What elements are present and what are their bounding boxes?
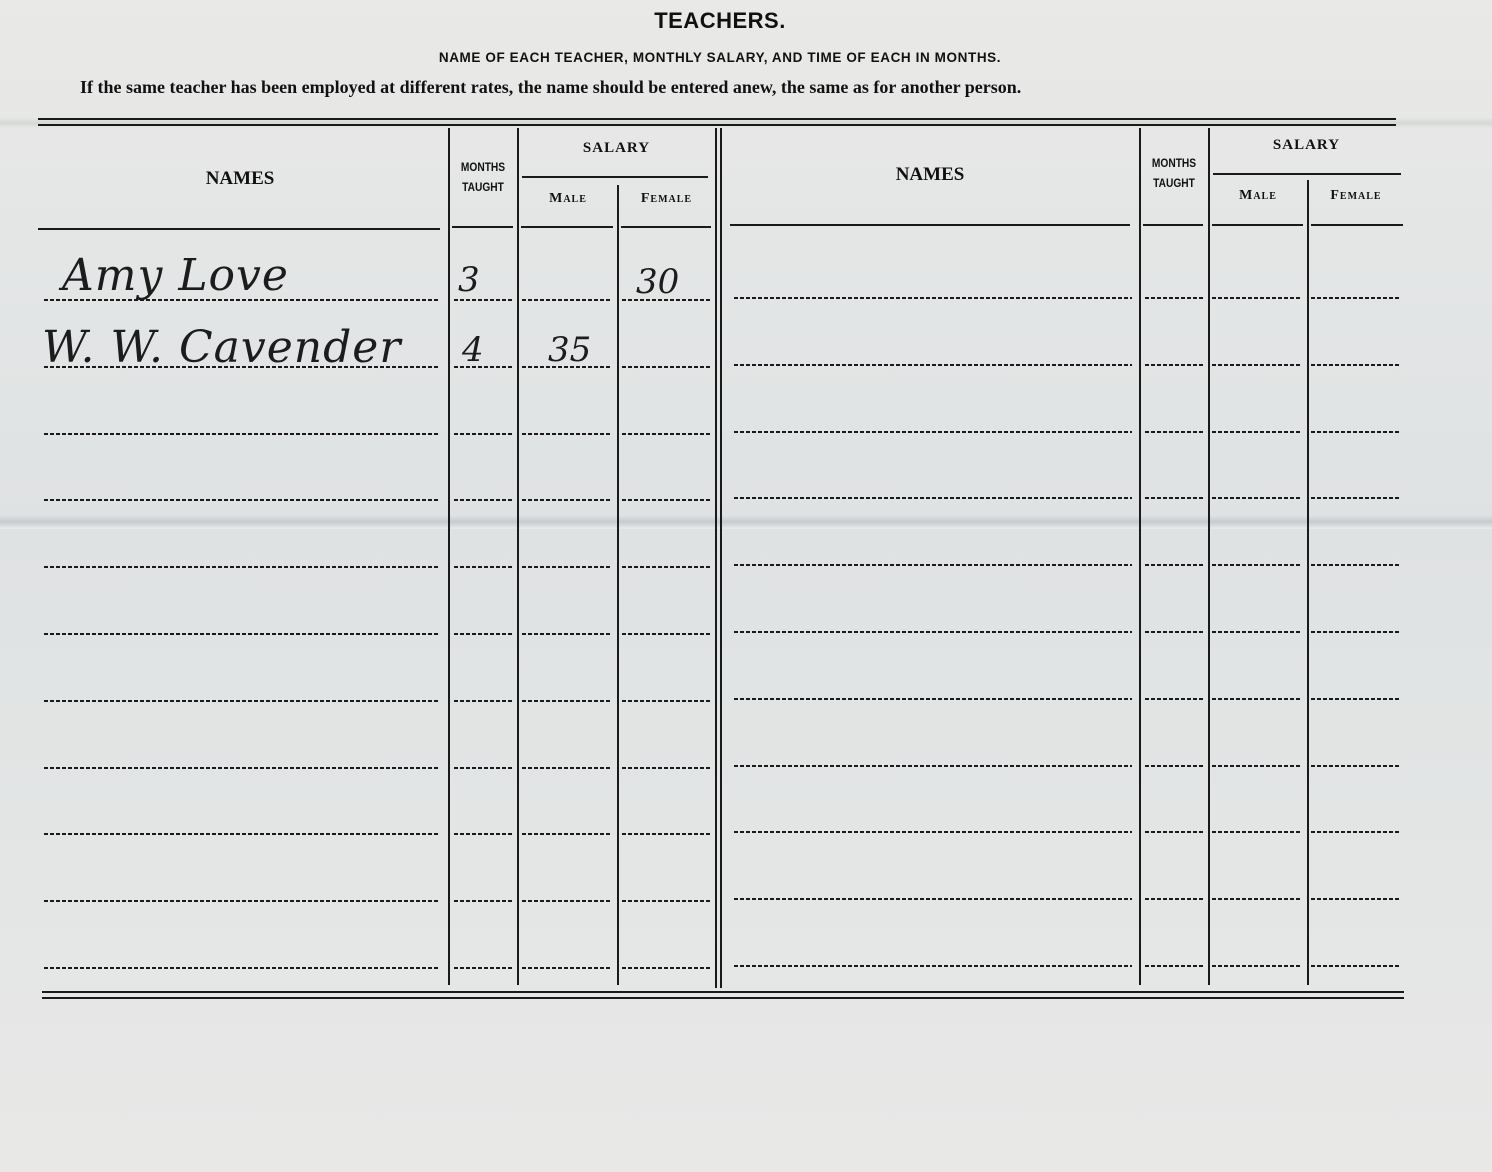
header-names-right: NAMES bbox=[725, 164, 1135, 186]
form-instruction: If the same teacher has been employed at… bbox=[80, 77, 1300, 98]
paper-fold-middle bbox=[0, 515, 1492, 529]
dotted-line-row-6-names-right bbox=[734, 631, 1132, 633]
dotted-line-row-4-female-right bbox=[1311, 497, 1400, 499]
right-col-divider-male-female bbox=[1307, 180, 1309, 985]
top-rule-2 bbox=[38, 124, 1396, 126]
dotted-line-row-4-female-left bbox=[622, 499, 710, 501]
dotted-line-row-10-female-left bbox=[622, 900, 710, 902]
col-divider-male-female bbox=[617, 185, 619, 985]
dotted-line-row-11-months-left bbox=[454, 967, 512, 969]
dotted-line-row-6-months-left bbox=[454, 633, 512, 635]
bottom-rule-1 bbox=[42, 991, 1404, 993]
dotted-line-row-8-names-left bbox=[44, 767, 438, 769]
dotted-line-row-7-names-left bbox=[44, 700, 438, 702]
center-double-divider-1 bbox=[715, 128, 717, 988]
col-divider-months-salary bbox=[517, 128, 519, 985]
dotted-line-row-7-male-left bbox=[522, 700, 612, 702]
row-2-name: W. W. Cavender bbox=[42, 322, 401, 373]
header-female-left: Female bbox=[618, 191, 715, 207]
dotted-line-row-4-months-right bbox=[1145, 497, 1203, 499]
dotted-line-row-5-months-left bbox=[454, 566, 512, 568]
dotted-line-row-2-female-left bbox=[622, 366, 710, 368]
dotted-line-row-5-names-left bbox=[44, 566, 438, 568]
dotted-line-row-11-male-right bbox=[1212, 965, 1302, 967]
dotted-line-row-11-male-left bbox=[522, 967, 612, 969]
header-rule-female-right bbox=[1311, 224, 1403, 226]
dotted-line-row-4-months-left bbox=[454, 499, 512, 501]
dotted-line-row-11-names-left bbox=[44, 967, 438, 969]
header-rule-male-left bbox=[521, 226, 613, 228]
form-subtitle: NAME OF EACH TEACHER, MONTHLY SALARY, AN… bbox=[0, 50, 1440, 65]
dotted-line-row-8-months-left bbox=[454, 767, 512, 769]
header-rule-male-right bbox=[1212, 224, 1303, 226]
dotted-line-row-6-months-right bbox=[1145, 631, 1203, 633]
dotted-line-row-1-names-right bbox=[734, 297, 1132, 299]
dotted-line-row-9-months-right bbox=[1145, 831, 1203, 833]
header-months-line1: MONTHS bbox=[453, 157, 513, 177]
header-rule-months-left bbox=[452, 226, 513, 228]
dotted-line-row-8-female-right bbox=[1311, 765, 1400, 767]
dotted-line-row-10-names-left bbox=[44, 900, 438, 902]
row-1-name: Amy Love bbox=[62, 250, 289, 301]
dotted-line-row-1-male-right bbox=[1212, 297, 1302, 299]
dotted-line-row-6-male-right bbox=[1212, 631, 1302, 633]
dotted-line-row-4-male-left bbox=[522, 499, 612, 501]
row-2-months: 4 bbox=[462, 330, 484, 370]
bottom-rule-2 bbox=[42, 997, 1404, 999]
dotted-line-row-3-male-left bbox=[522, 433, 612, 435]
dotted-line-row-5-male-right bbox=[1212, 564, 1302, 566]
dotted-line-row-2-months-right bbox=[1145, 364, 1203, 366]
dotted-line-row-3-months-left bbox=[454, 433, 512, 435]
dotted-line-row-3-names-left bbox=[44, 433, 438, 435]
dotted-line-row-6-male-left bbox=[522, 633, 612, 635]
header-male-left: Male bbox=[518, 191, 618, 207]
dotted-line-row-2-female-right bbox=[1311, 364, 1400, 366]
row-1-female-salary: 30 bbox=[636, 262, 679, 302]
dotted-line-row-11-names-right bbox=[734, 965, 1132, 967]
dotted-line-row-1-female-right bbox=[1311, 297, 1400, 299]
salary-underline-right bbox=[1213, 173, 1401, 175]
dotted-line-row-8-names-right bbox=[734, 765, 1132, 767]
center-double-divider-2 bbox=[720, 128, 722, 988]
dotted-line-row-8-months-right bbox=[1145, 765, 1203, 767]
right-col-divider-months-salary bbox=[1208, 128, 1210, 985]
dotted-line-row-9-female-left bbox=[622, 833, 710, 835]
dotted-line-row-4-names-left bbox=[44, 499, 438, 501]
header-rule-names-left bbox=[38, 228, 440, 230]
dotted-line-row-9-male-left bbox=[522, 833, 612, 835]
dotted-line-row-8-male-left bbox=[522, 767, 612, 769]
dotted-line-row-9-female-right bbox=[1311, 831, 1400, 833]
row-2-male-salary: 35 bbox=[548, 330, 591, 370]
dotted-line-row-5-male-left bbox=[522, 566, 612, 568]
dotted-line-row-10-months-left bbox=[454, 900, 512, 902]
dotted-line-row-9-names-right bbox=[734, 831, 1132, 833]
dotted-line-row-5-names-right bbox=[734, 564, 1132, 566]
dotted-line-row-5-female-right bbox=[1311, 564, 1400, 566]
dotted-line-row-1-male-left bbox=[522, 299, 612, 301]
header-male-right: Male bbox=[1209, 188, 1307, 204]
dotted-line-row-6-female-right bbox=[1311, 631, 1400, 633]
dotted-line-row-6-names-left bbox=[44, 633, 438, 635]
header-rule-months-right bbox=[1143, 224, 1203, 226]
header-salary-right: SALARY bbox=[1209, 137, 1404, 154]
dotted-line-row-6-female-left bbox=[622, 633, 710, 635]
dotted-line-row-2-male-right bbox=[1212, 364, 1302, 366]
dotted-line-row-5-months-right bbox=[1145, 564, 1203, 566]
header-female-right: Female bbox=[1308, 188, 1404, 204]
top-rule-1 bbox=[38, 118, 1396, 120]
dotted-line-row-5-female-left bbox=[622, 566, 710, 568]
dotted-line-row-10-months-right bbox=[1145, 898, 1203, 900]
salary-underline-left bbox=[522, 176, 708, 178]
dotted-line-row-3-female-right bbox=[1311, 431, 1400, 433]
header-months-taught-right: MONTHS TAUGHT bbox=[1144, 153, 1204, 193]
dotted-line-row-10-female-right bbox=[1311, 898, 1400, 900]
dotted-line-row-9-months-left bbox=[454, 833, 512, 835]
dotted-line-row-8-female-left bbox=[622, 767, 710, 769]
dotted-line-row-11-female-right bbox=[1311, 965, 1400, 967]
header-months-line2: TAUGHT bbox=[1144, 173, 1204, 193]
row-1-months: 3 bbox=[458, 260, 480, 300]
dotted-line-row-7-male-right bbox=[1212, 698, 1302, 700]
dotted-line-row-11-female-left bbox=[622, 967, 710, 969]
dotted-line-row-10-names-right bbox=[734, 898, 1132, 900]
col-divider-names-months bbox=[448, 128, 450, 985]
header-rule-names-right bbox=[730, 224, 1130, 226]
dotted-line-row-7-months-left bbox=[454, 700, 512, 702]
dotted-line-row-1-months-right bbox=[1145, 297, 1203, 299]
dotted-line-row-3-female-left bbox=[622, 433, 710, 435]
header-months-line2: TAUGHT bbox=[453, 177, 513, 197]
dotted-line-row-7-female-right bbox=[1311, 698, 1400, 700]
dotted-line-row-4-names-right bbox=[734, 497, 1132, 499]
dotted-line-row-8-male-right bbox=[1212, 765, 1302, 767]
header-months-taught-left: MONTHS TAUGHT bbox=[453, 157, 513, 197]
dotted-line-row-4-male-right bbox=[1212, 497, 1302, 499]
dotted-line-row-7-months-right bbox=[1145, 698, 1203, 700]
header-names-left: NAMES bbox=[40, 168, 440, 190]
header-months-line1: MONTHS bbox=[1144, 153, 1204, 173]
dotted-line-row-7-female-left bbox=[622, 700, 710, 702]
dotted-line-row-3-months-right bbox=[1145, 431, 1203, 433]
dotted-line-row-11-months-right bbox=[1145, 965, 1203, 967]
dotted-line-row-7-names-right bbox=[734, 698, 1132, 700]
dotted-line-row-3-names-right bbox=[734, 431, 1132, 433]
header-salary-left: SALARY bbox=[518, 140, 715, 157]
form-title: TEACHERS. bbox=[0, 8, 1440, 34]
dotted-line-row-9-names-left bbox=[44, 833, 438, 835]
dotted-line-row-10-male-right bbox=[1212, 898, 1302, 900]
dotted-line-row-2-names-right bbox=[734, 364, 1132, 366]
dotted-line-row-10-male-left bbox=[522, 900, 612, 902]
dotted-line-row-9-male-right bbox=[1212, 831, 1302, 833]
header-rule-female-left bbox=[621, 226, 711, 228]
dotted-line-row-3-male-right bbox=[1212, 431, 1302, 433]
right-col-divider-names-months bbox=[1139, 128, 1141, 985]
